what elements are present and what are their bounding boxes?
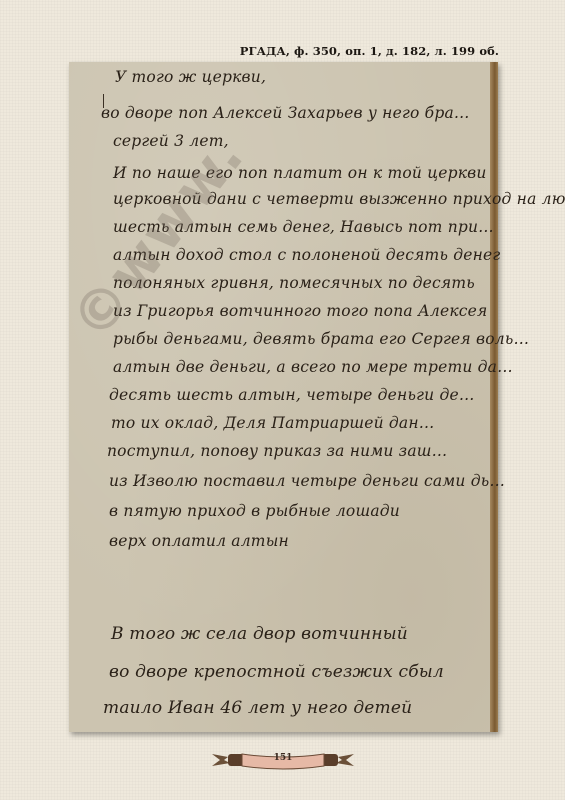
page-number: 151: [210, 753, 356, 763]
manuscript-line: верх оплатил алтын: [109, 532, 289, 550]
manuscript-line: из Григорья вотчинного того попа Алексея: [113, 302, 488, 320]
manuscript-line: шесть алтын семь денег, Навысь пот при…: [113, 218, 494, 236]
manuscript-line: рыбы деньгами, девять брата его Сергея в…: [113, 330, 529, 348]
archive-reference: РГАДА, ф. 350, оп. 1, д. 182, л. 199 об.: [240, 44, 499, 58]
manuscript-line: поступил, попову приказ за ними заш…: [107, 442, 447, 460]
manuscript-line: И по наше его поп платит он к той церкви: [113, 164, 487, 182]
manuscript-line: алтын доход стол с полоненой десять дене…: [113, 246, 500, 264]
manuscript-line: во дворе поп Алексей Захарьев у него бра…: [101, 104, 470, 122]
manuscript-page: У того ж церкви, во дворе поп Алексей За…: [69, 62, 498, 732]
manuscript-line: из Изволю поставил четыре деньги сами дь…: [109, 472, 505, 490]
manuscript-line: сергей 3 лет,: [113, 132, 229, 150]
manuscript-line: У того ж церкви,: [115, 68, 266, 86]
manuscript-line: полоняных гривня, помесячных по десять: [113, 274, 475, 292]
manuscript-line: таило Иван 46 лет у него детей: [103, 698, 412, 718]
manuscript-line: десять шесть алтын, четыре деньги де…: [109, 386, 475, 404]
manuscript-line: то их оклад, Деля Патриаршей дан…: [111, 414, 434, 432]
manuscript-line: во дворе крепостной съезжих сбыл: [109, 662, 444, 682]
manuscript-text: У того ж церкви, во дворе поп Алексей За…: [69, 62, 498, 732]
manuscript-line: церковной дани с четверти вызженно прихо…: [113, 190, 565, 208]
manuscript-line: В того ж села двор вотчинный: [111, 624, 408, 644]
page-number-banner: 151: [210, 748, 356, 772]
manuscript-line: алтын две деньги, а всего по мере трети …: [113, 358, 513, 376]
manuscript-line: в пятую приход в рыбные лошади: [109, 502, 400, 520]
